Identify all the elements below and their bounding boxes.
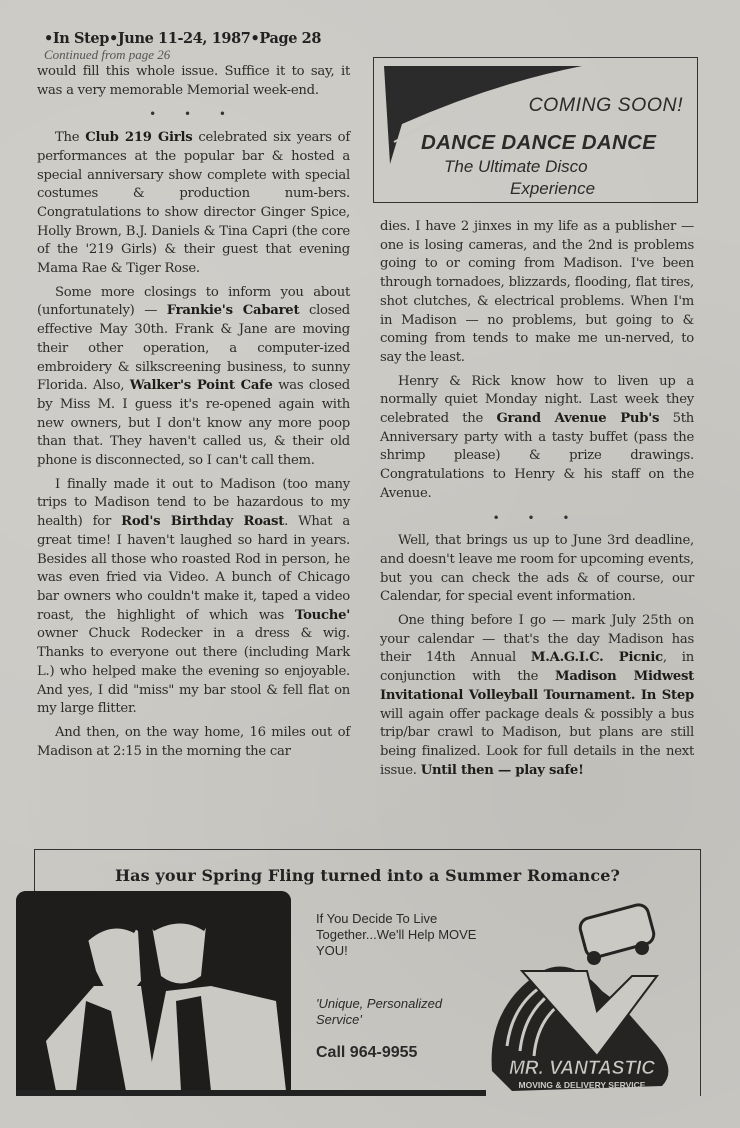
continued-note: Continued from page 26 [44, 47, 170, 63]
couple-illustration [16, 891, 291, 1091]
coming-soon-text: COMING SOON! [529, 94, 683, 117]
left-column: would fill this whole issue. Suffice it … [37, 63, 350, 766]
ad-tagline: If You Decide To Live Together...We'll H… [316, 911, 486, 959]
couple-illustration-icon [16, 891, 291, 1091]
dance-subtitle-2: Experience [510, 179, 595, 199]
ad-bottom-rule [16, 1090, 486, 1096]
paragraph: I finally made it out to Madison (too ma… [37, 476, 350, 719]
masthead: •In Step•June 11-24, 1987•Page 28 [44, 30, 321, 47]
paragraph: would fill this whole issue. Suffice it … [37, 63, 350, 100]
paragraph: dies. I have 2 jinxes in my life as a pu… [380, 218, 694, 368]
logo-tagline: MOVING & DELIVERY SERVICE [519, 1080, 646, 1090]
paragraph: Well, that brings us up to June 3rd dead… [380, 532, 694, 607]
paragraph: Henry & Rick know how to liven up a norm… [380, 373, 694, 504]
ad-headline: Has your Spring Fling turned into a Summ… [35, 866, 700, 885]
logo-name: MR. VANTASTIC [509, 1058, 655, 1079]
paragraph: One thing before I go — mark July 25th o… [380, 612, 694, 780]
separator-dots: • • • [380, 509, 694, 528]
mr-vantastic-logo-icon: MR. VANTASTIC MOVING & DELIVERY SERVICE [482, 896, 682, 1096]
separator-dots: • • • [37, 105, 350, 124]
dance-title: DANCE DANCE DANCE [421, 131, 656, 155]
paragraph: The Club 219 Girls celebrated six years … [37, 129, 350, 279]
paragraph: And then, on the way home, 16 miles out … [37, 724, 350, 761]
dance-subtitle: The Ultimate Disco [444, 157, 588, 177]
phone-number: Call 964-9955 [316, 1044, 486, 1062]
right-column: dies. I have 2 jinxes in my life as a pu… [380, 218, 694, 785]
paragraph: Some more closings to inform you about (… [37, 284, 350, 471]
coming-soon-ad: COMING SOON! DANCE DANCE DANCE The Ultim… [373, 57, 698, 203]
moving-ad-copy: If You Decide To Live Together...We'll H… [316, 911, 486, 1062]
ad-quote: 'Unique, Personalized Service' [316, 996, 486, 1028]
